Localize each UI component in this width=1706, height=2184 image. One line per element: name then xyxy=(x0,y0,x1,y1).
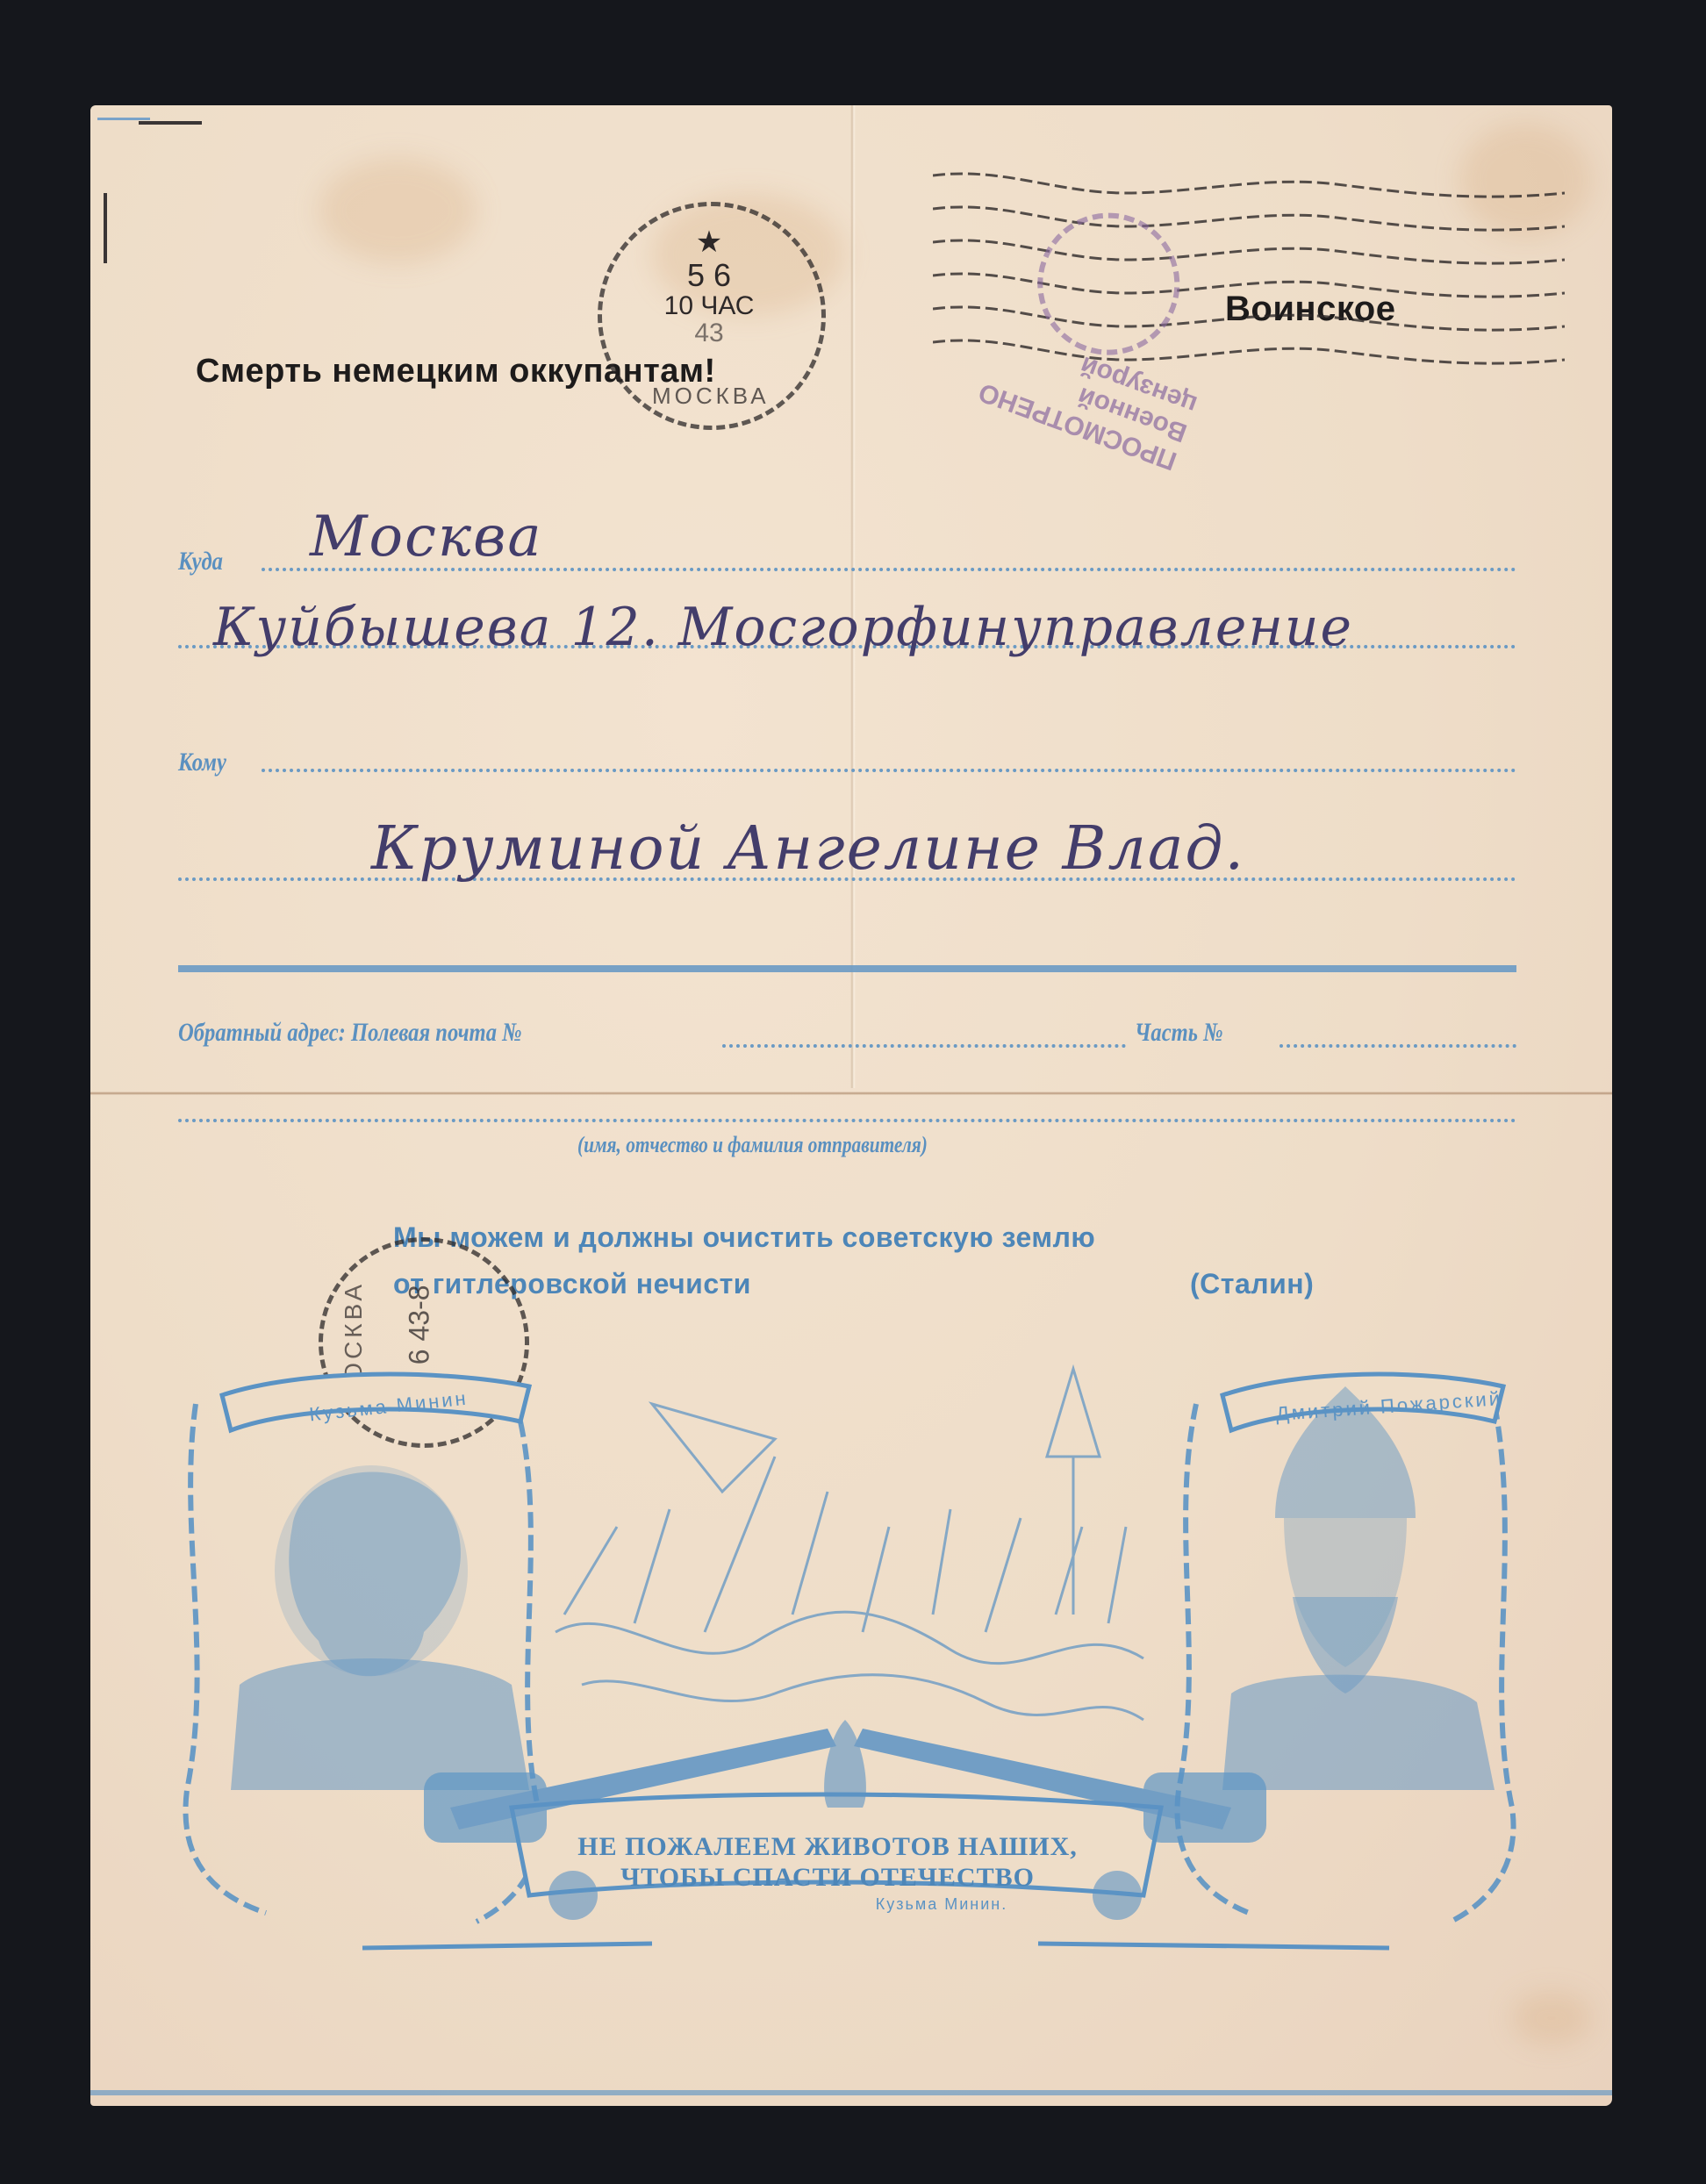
corner-mark xyxy=(104,193,107,263)
to-where-label: Куда xyxy=(178,547,223,576)
to-whom-line-1 xyxy=(262,769,1516,772)
postmark-time-line: 10 ЧАС xyxy=(643,292,775,320)
sender-caption: (имя, отчество и фамилия отправителя) xyxy=(577,1132,928,1158)
corner-mark xyxy=(97,118,150,120)
to-whom-handwritten-name: Круминой Ангелине Влад. xyxy=(371,814,1245,884)
field-post-number-line xyxy=(722,1044,1126,1048)
to-whom-label: Кому xyxy=(178,748,226,777)
postmark-star-icon: ★ xyxy=(665,225,753,260)
horizontal-fold-crease xyxy=(90,1092,1612,1095)
motto-line-1: НЕ ПОЖАЛЕЕМ ЖИВОТОВ НАШИХ, xyxy=(556,1832,1100,1862)
corner-mark xyxy=(139,121,202,125)
address-divider xyxy=(178,965,1516,972)
sender-name-line xyxy=(178,1119,1516,1122)
unit-number-label: Часть № xyxy=(1135,1018,1223,1048)
postmark-city: МОСКВА xyxy=(652,383,766,410)
motto-author: Кузьма Минин. xyxy=(836,1895,1047,1914)
bottom-edge-line xyxy=(90,2090,1612,2095)
postmark-date-line: 5 6 xyxy=(643,259,775,292)
to-where-handwritten-city: Москва xyxy=(310,505,543,569)
to-where-handwritten-street: Куйбышева 12. Мосгорфинуправление xyxy=(213,597,1353,658)
unit-number-line xyxy=(1279,1044,1516,1048)
envelope-paper: Смерть немецким оккупантам! Воинское ★ 5… xyxy=(90,105,1612,2106)
postmark-year-line: 43 xyxy=(643,319,775,347)
age-stain xyxy=(319,158,477,263)
motto-line-2: ЧТОБЫ СПАСТИ ОТЕЧЕСТВО xyxy=(556,1863,1100,1893)
return-address-label: Обратный адрес: Полевая почта № xyxy=(178,1018,522,1048)
quote-author: (Сталин) xyxy=(1190,1268,1314,1300)
postmark-date: 5 6 10 ЧАС 43 xyxy=(643,259,775,347)
quote-line-1: Мы можем и должны очистить советскую зем… xyxy=(393,1221,1095,1254)
age-stain xyxy=(1512,1992,1591,2044)
